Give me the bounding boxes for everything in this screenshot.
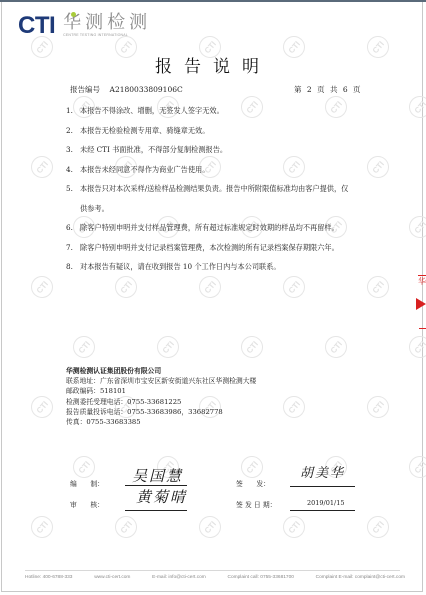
complaint-phone: 报告质量投诉电话：0755-33683986，33682778 (66, 407, 256, 417)
stamp-text: 华 (418, 275, 426, 288)
company-postcode: 邮政编码：518101 (66, 386, 256, 396)
fax: 传真：0755-33683385 (66, 417, 256, 427)
company-name: 华测检测认证集团股份有限公司 (66, 366, 256, 376)
compiled-signature: 吴国慧 (132, 465, 183, 486)
note-item: 8.对本报告有疑议，请在收到报告 10 个工作日内与本公司联系。 (66, 261, 366, 281)
company-logo: CTI 华测检测 CENTRE TESTING INTERNATIONAL (18, 14, 151, 37)
logo-cn-text: 华测检测 (63, 14, 151, 32)
footer: Hotline: 400-6788-333 www.cti-cert.com E… (25, 575, 405, 580)
notes-list: 1.本报告不得涂改、增删，无签发人签字无效。 2.本报告无检验检测专用章、骑缝章… (66, 105, 366, 281)
note-item: 5.本报告只对本次采样/送检样品检测结果负责。报告中所附限值标准均由客户提供，仅 (66, 183, 366, 203)
footer-hotline: Hotline: 400-6788-333 (25, 575, 72, 580)
inquiry-phone: 检测委托受理电话：0755-33681225 (66, 397, 256, 407)
page-info: 第 2 页 共 6 页 (294, 84, 362, 95)
note-item: 7.除客户特别申明并支付记录档案管理费，本次检测的所有记录档案保存期限六年。 (66, 242, 366, 262)
stamp-star-icon (416, 298, 426, 310)
note-item-continuation: 供参考。 (66, 203, 366, 223)
footer-complaint-email: Complaint E-mail: complaint@cti-cert.com (316, 575, 405, 580)
page-title: 报告说明 (0, 52, 426, 77)
red-seal-stamp: 华 (416, 270, 426, 330)
issued-line (290, 486, 355, 487)
company-address: 联系地址：广东省深圳市宝安区新安街道兴东社区华测检测大楼 (66, 376, 256, 386)
report-number-label: 报告编号 (70, 85, 100, 94)
issued-label: 签 发： (236, 478, 270, 488)
note-item: 6.除客户特别申明并支付样品管理费，所有超过标准规定时效期的样品均不再留样。 (66, 222, 366, 242)
logo-cti-text: CTI (18, 15, 55, 37)
logo-en-text: CENTRE TESTING INTERNATIONAL (63, 33, 151, 37)
reviewed-signature: 黄菊晴 (136, 486, 187, 507)
footer-divider (25, 570, 400, 571)
note-item: 1.本报告不得涂改、增删，无签发人签字无效。 (66, 105, 366, 125)
footer-complaint-call: Complaint call: 0755-33681700 (228, 575, 294, 580)
note-item: 4.本报告未经同意不得作为商业广告使用。 (66, 164, 366, 184)
company-info: 华测检测认证集团股份有限公司 联系地址：广东省深圳市宝安区新安街道兴东社区华测检… (66, 366, 256, 427)
issue-date: 2019/01/15 (307, 499, 344, 507)
note-item: 3.未经 CTI 书面批准，不得部分复制检测报告。 (66, 144, 366, 164)
logo-dot-icon (71, 12, 76, 17)
stamp-line (419, 328, 426, 329)
compiled-label: 编 制： (70, 478, 104, 488)
reviewed-label: 审 核： (70, 499, 104, 509)
report-number-value: A2180033809106C (110, 85, 183, 94)
reviewed-line (125, 510, 187, 511)
date-label: 签 发 日 期： (236, 499, 276, 509)
issued-signature: 胡美华 (300, 462, 345, 481)
note-item: 2.本报告无检验检测专用章、骑缝章无效。 (66, 125, 366, 145)
date-line (290, 510, 355, 511)
footer-email: E-mail: info@cti-cert.com (152, 575, 206, 580)
report-number: 报告编号 A2180033809106C (70, 84, 183, 95)
footer-website: www.cti-cert.com (94, 575, 130, 580)
